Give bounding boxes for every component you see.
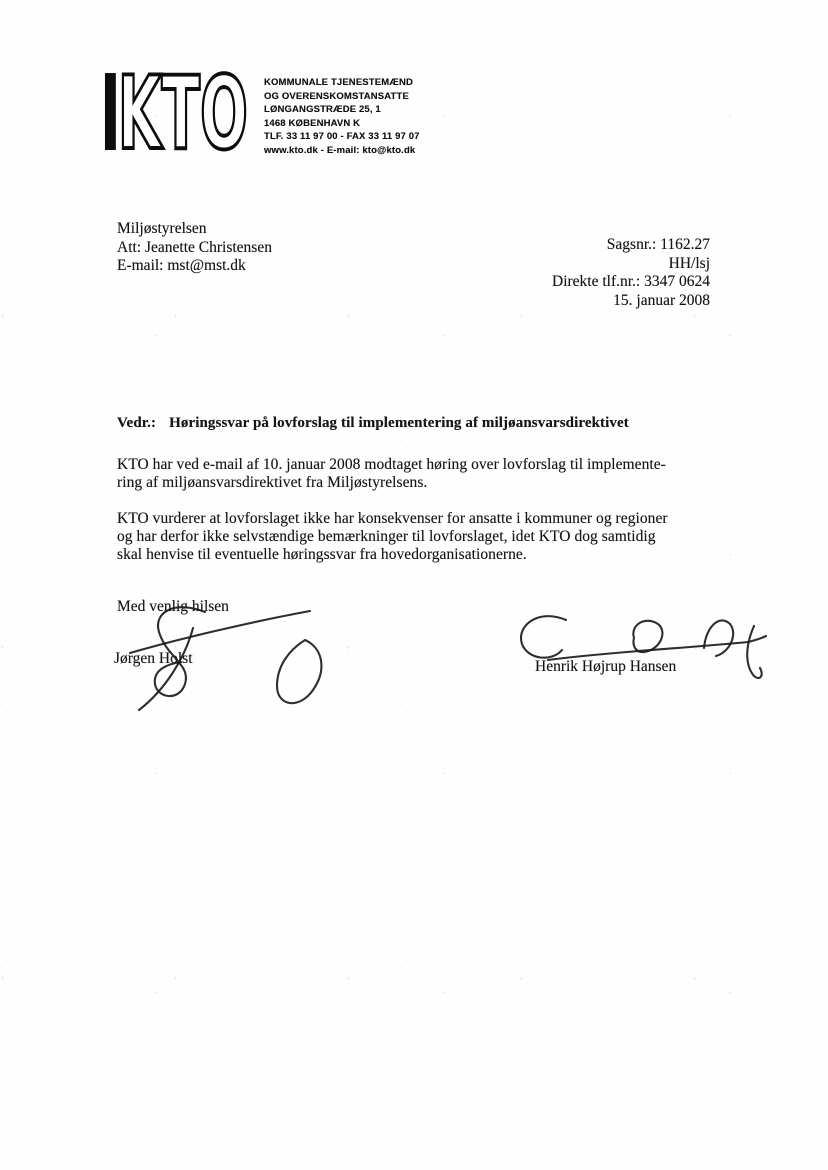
paragraph-line: ring af miljøansvarsdirektivet fra Miljø… bbox=[117, 474, 727, 492]
initials: HH/lsj bbox=[552, 255, 710, 274]
letterhead-line: LØNGANGSTRÆDE 25, 1 bbox=[264, 103, 420, 117]
salutation: Med venlig hilsen bbox=[117, 598, 229, 616]
case-number: Sagsnr.: 1162.27 bbox=[552, 236, 710, 255]
signer-name-left: Jørgen Holst bbox=[114, 650, 193, 668]
subject-text: Høringssvar på lovforslag til implemente… bbox=[169, 415, 629, 431]
body-paragraph: KTO har ved e-mail af 10. januar 2008 mo… bbox=[117, 456, 727, 492]
letterhead-line: TLF. 33 11 97 00 - FAX 33 11 97 07 bbox=[264, 130, 420, 144]
letterhead-line: www.kto.dk - E-mail: kto@kto.dk bbox=[264, 144, 420, 158]
scanned-letter-page: KTO KOMMUNALE TJENESTEMÆND OG OVERENSKOM… bbox=[0, 0, 828, 1170]
subject-line: Vedr.:Høringssvar på lovforslag til impl… bbox=[117, 415, 717, 432]
letterhead-line: OG OVERENSKOMSTANSATTE bbox=[264, 90, 420, 104]
recipient-name: Miljøstyrelsen bbox=[117, 220, 272, 239]
direct-phone: Direkte tlf.nr.: 3347 0624 bbox=[552, 273, 710, 292]
subject-label: Vedr.: bbox=[117, 415, 156, 431]
recipient-block: Miljøstyrelsen Att: Jeanette Christensen… bbox=[117, 220, 272, 276]
recipient-email: E-mail: mst@mst.dk bbox=[117, 257, 272, 276]
paragraph-line: KTO vurderer at lovforslaget ikke har ko… bbox=[117, 510, 727, 528]
signer-name-right: Henrik Højrup Hansen bbox=[535, 658, 676, 676]
kto-logo: KTO bbox=[103, 70, 251, 154]
paragraph-line: og har derfor ikke selvstændige bemærkni… bbox=[117, 528, 727, 546]
kto-logo-bar bbox=[105, 73, 116, 150]
paragraph-line: skal henvise til eventuelle høringssvar … bbox=[117, 546, 727, 564]
recipient-attention: Att: Jeanette Christensen bbox=[117, 239, 272, 258]
letterhead-line: 1468 KØBENHAVN K bbox=[264, 117, 420, 131]
reference-block: Sagsnr.: 1162.27 HH/lsj Direkte tlf.nr.:… bbox=[552, 236, 710, 310]
letterhead-address: KOMMUNALE TJENESTEMÆND OG OVERENSKOMSTAN… bbox=[264, 76, 420, 157]
kto-logo-text: KTO bbox=[118, 70, 248, 154]
scan-noise bbox=[0, 0, 828, 1170]
letter-date: 15. januar 2008 bbox=[552, 292, 710, 311]
paragraph-line: KTO har ved e-mail af 10. januar 2008 mo… bbox=[117, 456, 727, 474]
body-paragraph: KTO vurderer at lovforslaget ikke har ko… bbox=[117, 510, 727, 565]
letterhead-line: KOMMUNALE TJENESTEMÆND bbox=[264, 76, 420, 90]
